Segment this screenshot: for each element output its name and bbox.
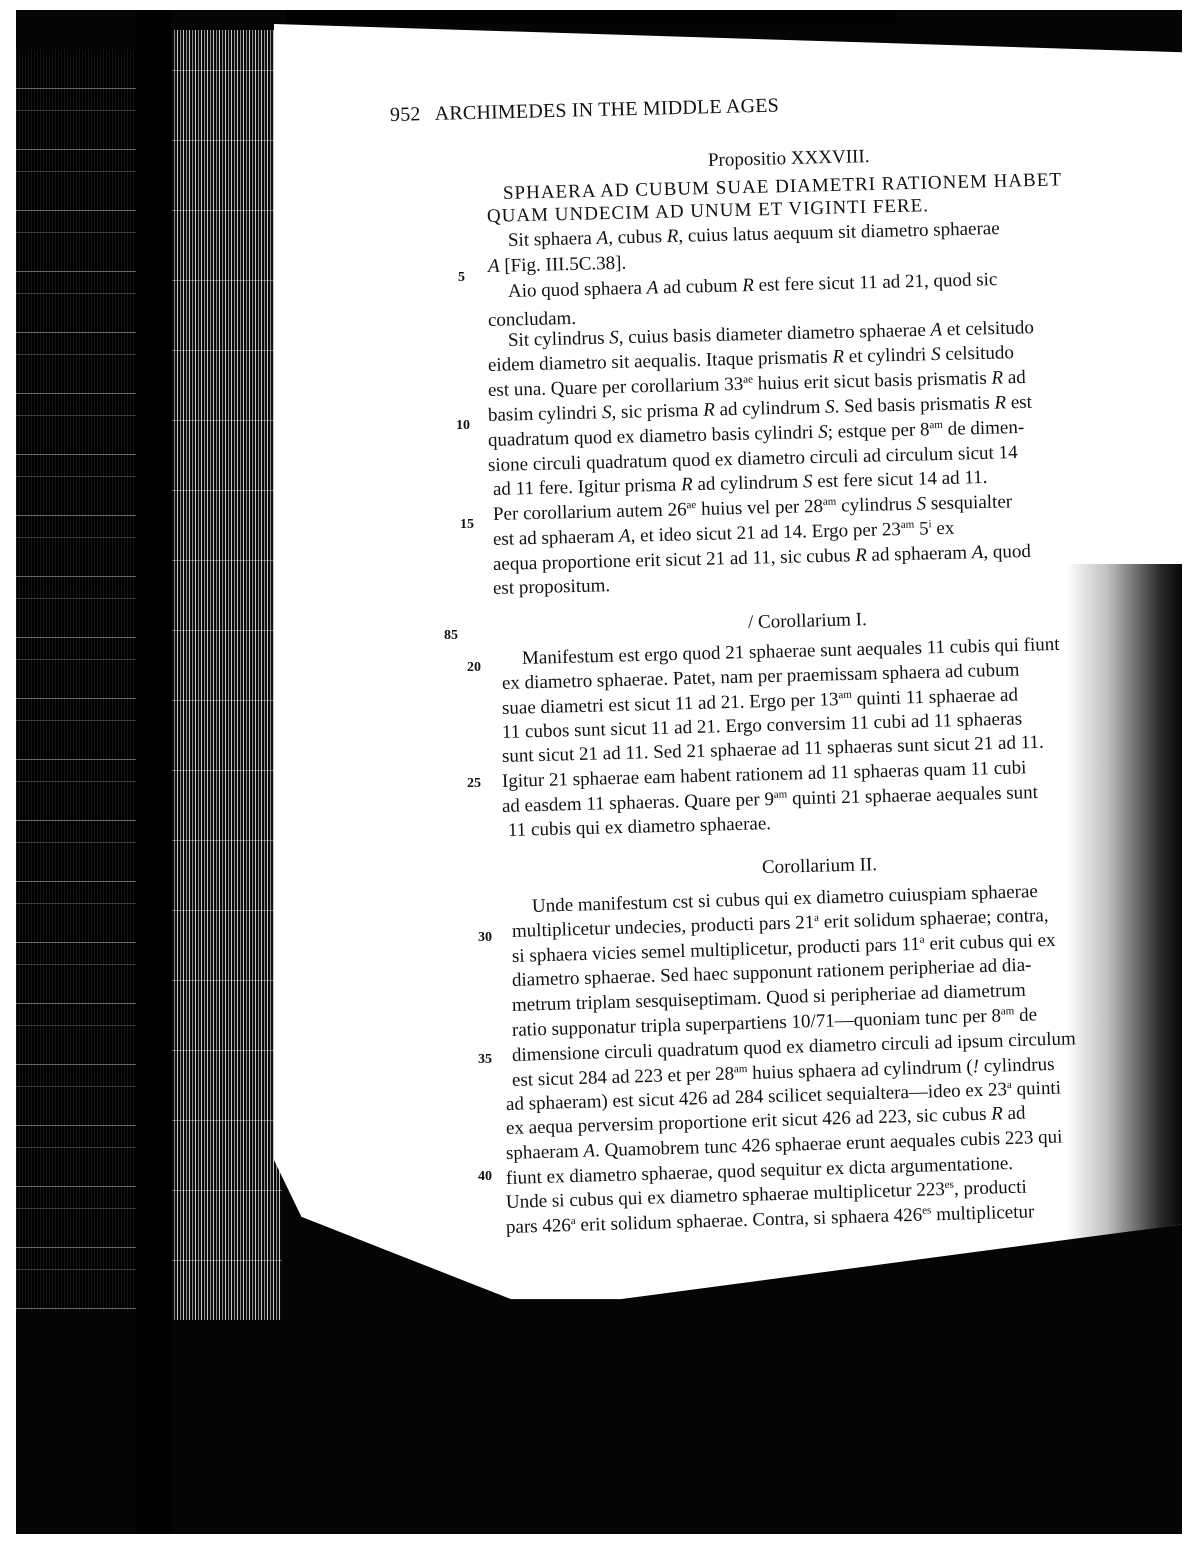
page-number: 952 bbox=[390, 103, 421, 126]
margin-reference: 85 bbox=[444, 628, 458, 644]
line-number: 40 bbox=[478, 1169, 492, 1185]
line-number: 25 bbox=[467, 776, 481, 792]
line-number: 20 bbox=[467, 660, 481, 676]
line-number: 15 bbox=[460, 517, 474, 533]
text-line: A [Fig. III.5C.38]. bbox=[488, 253, 627, 278]
top-shadow-edge bbox=[286, 10, 896, 24]
proposition-heading: Propositio XXXVIII. bbox=[708, 146, 870, 172]
line-number: 35 bbox=[478, 1052, 492, 1068]
page-curl-shadow bbox=[1066, 564, 1182, 1384]
corollary-1-heading: / Corollarium I. bbox=[748, 609, 867, 634]
line-number: 5 bbox=[458, 270, 465, 286]
page-edges bbox=[172, 30, 282, 1320]
corollary-2-heading: Corollarium II. bbox=[762, 854, 878, 879]
text-line: est propositum. bbox=[493, 575, 611, 600]
book-gutter bbox=[136, 10, 172, 1534]
line-number: 30 bbox=[478, 930, 492, 946]
line-number: 10 bbox=[456, 418, 470, 434]
left-page-stack bbox=[16, 50, 136, 1310]
